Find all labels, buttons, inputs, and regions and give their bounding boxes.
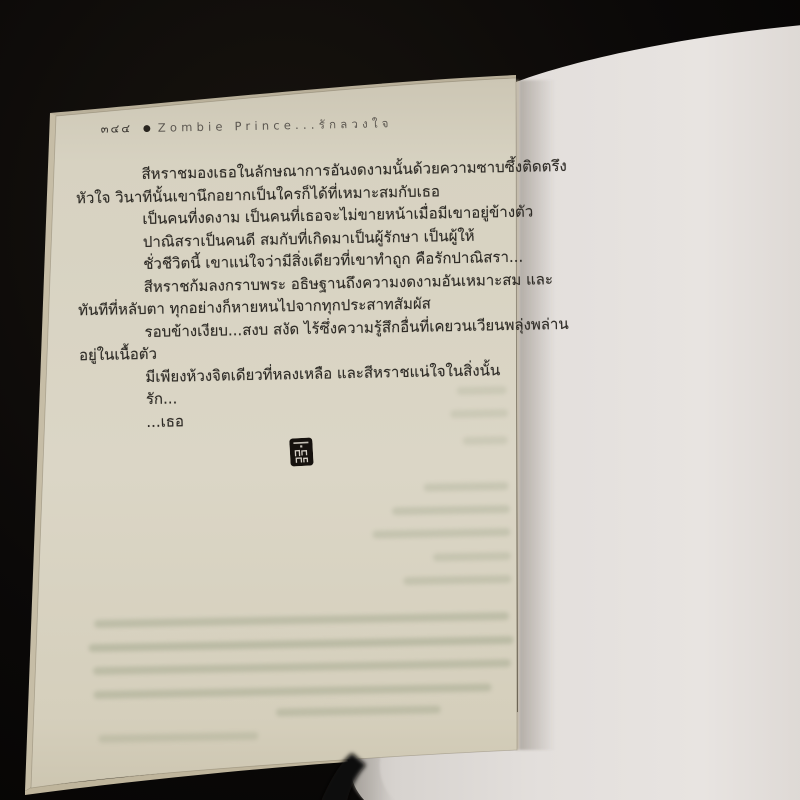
ghost-text-line [424,482,509,492]
ghost-text-line [93,683,491,699]
ghost-text-line [403,575,511,585]
book-title: Zombie Prince...รักลวงใจ [158,115,393,138]
ghost-text-line [392,505,510,515]
ghost-text-line [457,386,507,395]
ghost-text-line [89,636,514,652]
ghost-text-line [463,436,508,445]
page-number: ๓๔๔ [101,120,133,139]
page-header: ๓๔๔ ● Zombie Prince...รักลวงใจ [101,115,393,139]
left-page-content: ๓๔๔ ● Zombie Prince...รักลวงใจ สีหราชมอง… [0,0,570,800]
ghost-text-line [276,705,441,716]
ghost-text-line [372,528,510,539]
ghost-text-line [433,552,511,561]
ghost-text-line [93,659,511,675]
ink-stamp-icon [289,437,313,466]
ghost-text-line [98,732,258,743]
ghost-text-line [94,612,509,628]
ghost-text-line [450,409,508,418]
book-photo: ๓๔๔ ● Zombie Prince...รักลวงใจ สีหราชมอง… [0,0,800,800]
bullet-icon: ● [143,124,151,134]
